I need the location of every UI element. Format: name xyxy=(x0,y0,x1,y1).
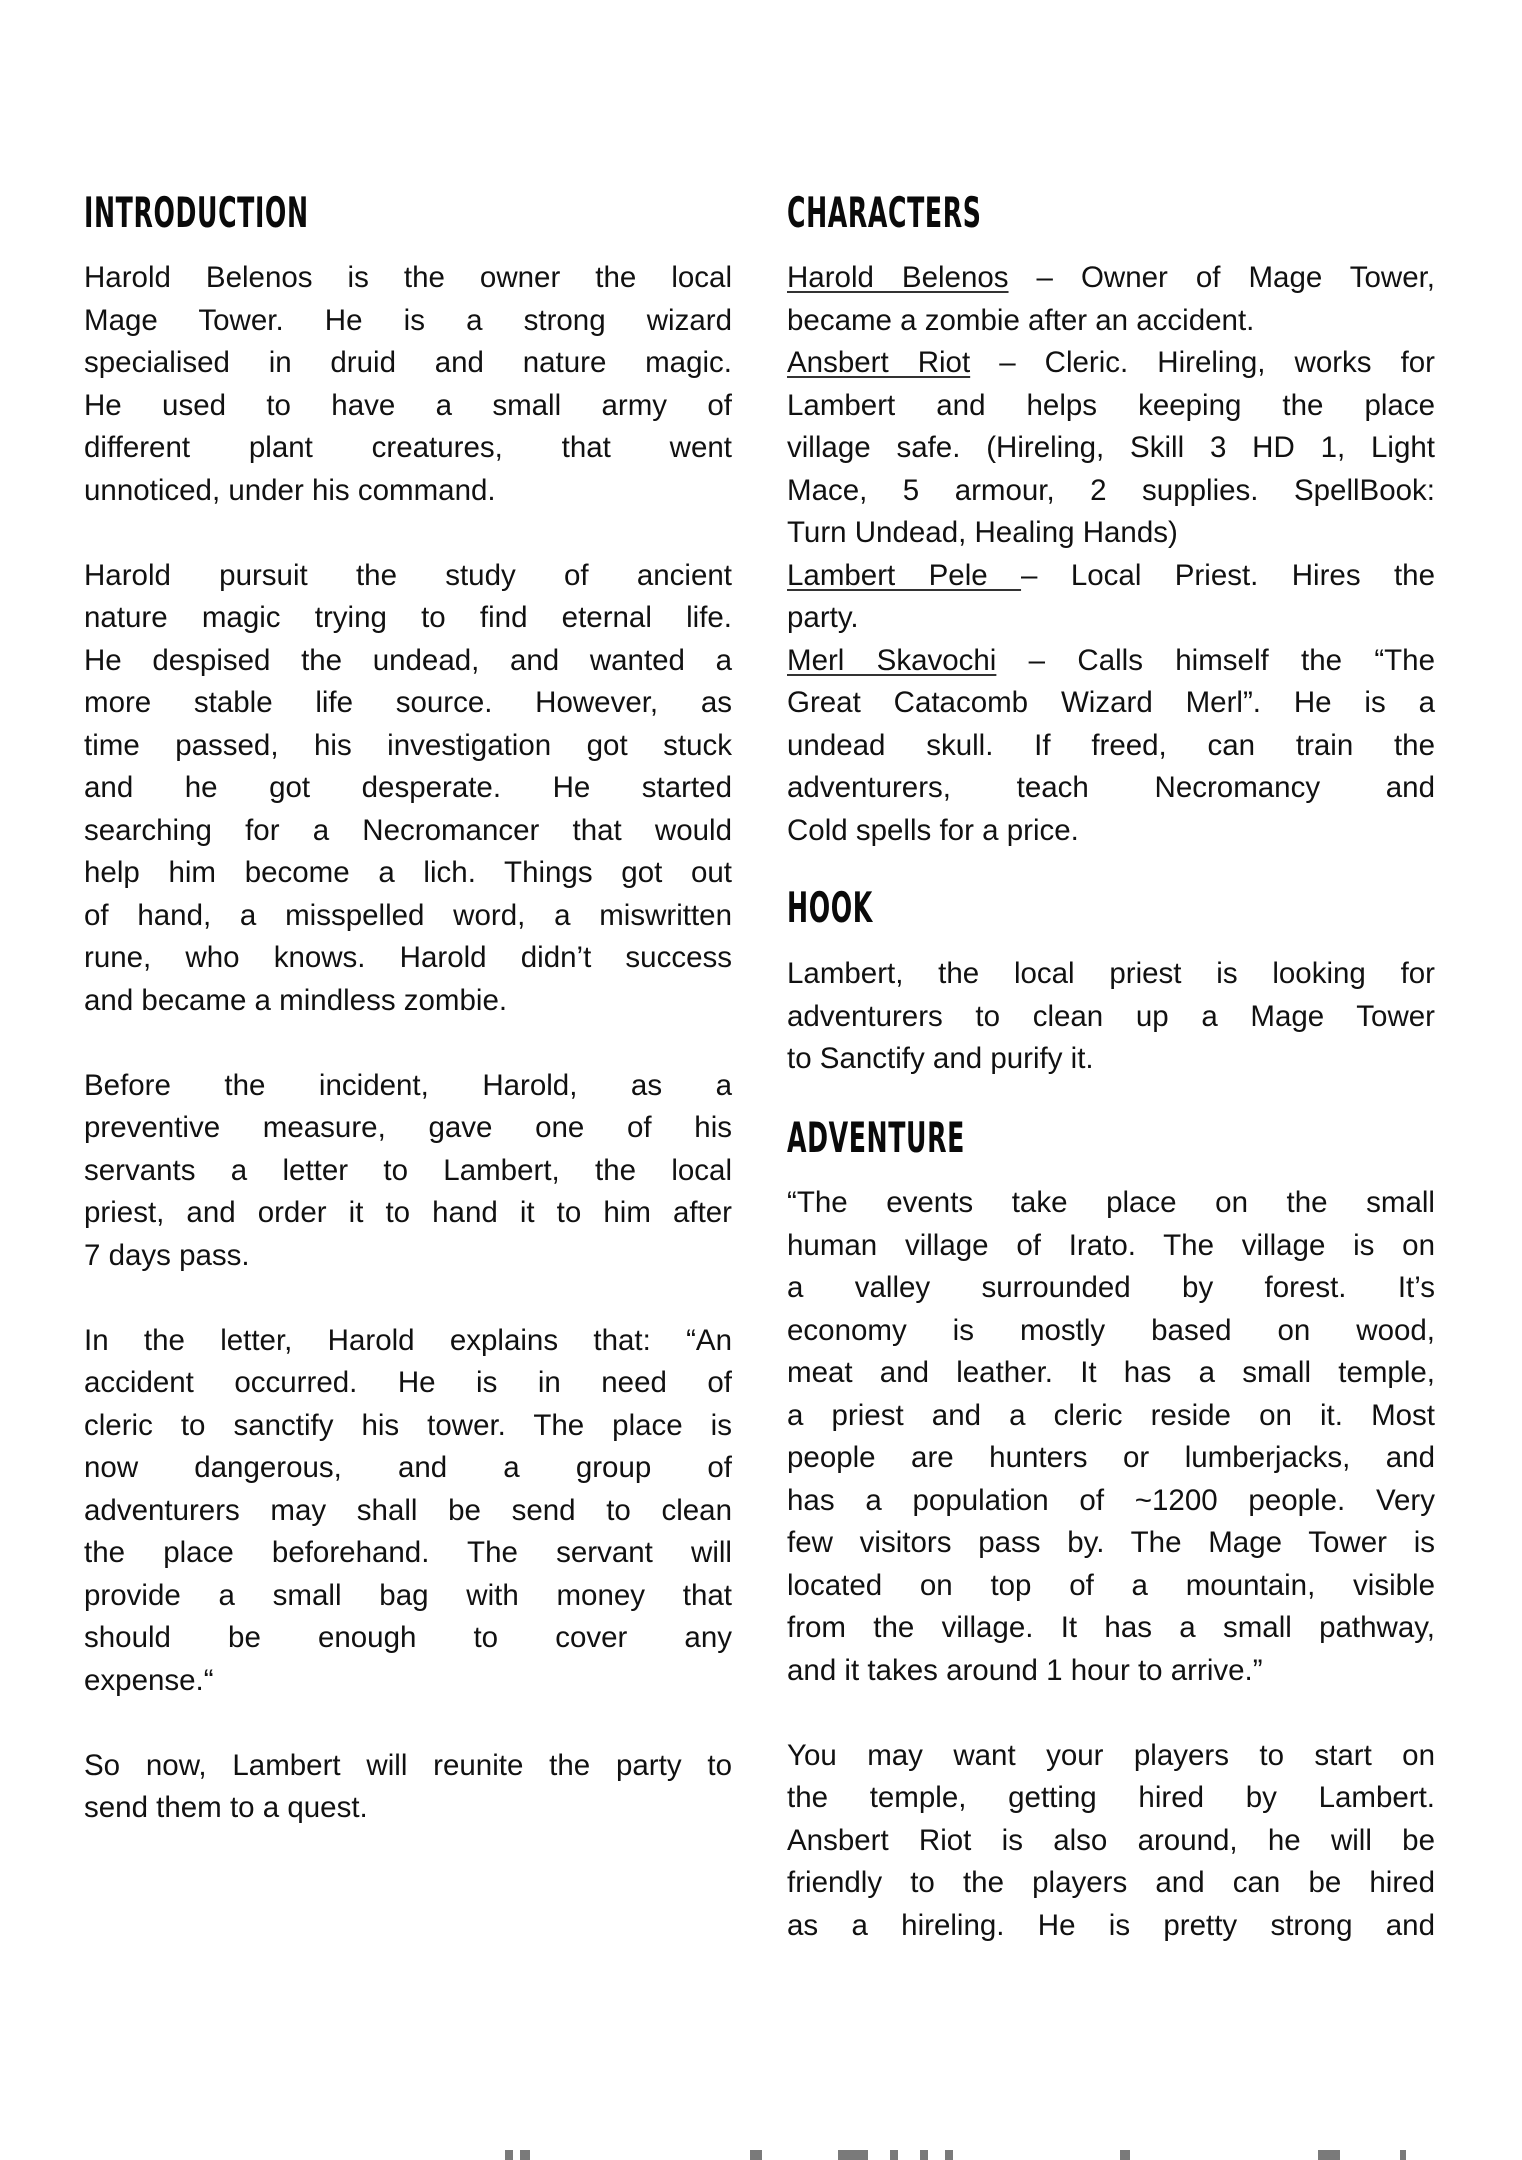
intro-paragraph-3: Before the incident, Harold, as a preven… xyxy=(84,1065,732,1278)
adventure-paragraph-1: “The events take place on the small huma… xyxy=(787,1182,1435,1692)
text-line: and it takes around 1 hour to arrive.” xyxy=(787,1650,1435,1693)
glyph-fragment xyxy=(920,2150,928,2160)
glyph-fragment xyxy=(1120,2150,1130,2160)
character-desc: – Owner of Mage Tower, xyxy=(1009,261,1435,294)
text-line: adventurers to clean up a Mage Tower xyxy=(787,996,1435,1039)
text-line: time passed, his investigation got stuck xyxy=(84,725,732,768)
text-line: “The events take place on the small xyxy=(787,1182,1435,1225)
text-line: located on top of a mountain, visible xyxy=(787,1565,1435,1608)
text-line: Mace, 5 armour, 2 supplies. SpellBook: xyxy=(787,470,1435,513)
text-line: and became a mindless zombie. xyxy=(84,980,732,1023)
text-line: party. xyxy=(787,597,1435,640)
character-entry-ansbert: Ansbert Riot – Cleric. Hireling, works f… xyxy=(787,342,1435,385)
text-line: different plant creatures, that went xyxy=(84,427,732,470)
character-name: Merl Skavochi xyxy=(787,644,996,677)
text-line: as a hireling. He is pretty strong and xyxy=(787,1905,1435,1948)
text-line: In the letter, Harold explains that: “An xyxy=(84,1320,732,1363)
text-line: people are hunters or lumberjacks, and xyxy=(787,1437,1435,1480)
intro-paragraph-2: Harold pursuit the study of ancient natu… xyxy=(84,555,732,1023)
text-line: adventurers, teach Necromancy and xyxy=(787,767,1435,810)
text-line: undead skull. If freed, can train the xyxy=(787,725,1435,768)
text-line: economy is mostly based on wood, xyxy=(787,1310,1435,1353)
text-line: preventive measure, gave one of his xyxy=(84,1107,732,1150)
text-line: send them to a quest. xyxy=(84,1787,732,1830)
text-line: now dangerous, and a group of xyxy=(84,1447,732,1490)
text-line: the place beforehand. The servant will xyxy=(84,1532,732,1575)
text-line: unnoticed, under his command. xyxy=(84,470,732,513)
text-line: Harold Belenos is the owner the local xyxy=(84,257,732,300)
glyph-fragment xyxy=(1400,2150,1406,2160)
text-line: help him become a lich. Things got out xyxy=(84,852,732,895)
text-line: village safe. (Hireling, Skill 3 HD 1, L… xyxy=(787,427,1435,470)
text-line: You may want your players to start on xyxy=(787,1735,1435,1778)
character-desc: – Calls himself the “The xyxy=(996,644,1435,677)
characters-heading: CHARACTERS xyxy=(787,197,981,229)
character-entry-harold: Harold Belenos – Owner of Mage Tower, xyxy=(787,257,1435,300)
text-line: priest, and order it to hand it to him a… xyxy=(84,1192,732,1235)
text-line: rune, who knows. Harold didn’t success xyxy=(84,937,732,980)
text-line: more stable life source. However, as xyxy=(84,682,732,725)
text-line: human village of Irato. The village is o… xyxy=(787,1225,1435,1268)
glyph-fragment xyxy=(505,2150,513,2160)
hook-heading: HOOK xyxy=(787,892,873,924)
text-line: Cold spells for a price. xyxy=(787,810,1435,853)
text-line: Mage Tower. He is a strong wizard xyxy=(84,300,732,343)
text-line: 7 days pass. xyxy=(84,1235,732,1278)
introduction-heading: INTRODUCTION xyxy=(84,197,309,229)
text-line: Lambert, the local priest is looking for xyxy=(787,953,1435,996)
text-line: servants a letter to Lambert, the local xyxy=(84,1150,732,1193)
characters-list: Harold Belenos – Owner of Mage Tower, be… xyxy=(787,257,1435,852)
text-line: from the village. It has a small pathway… xyxy=(787,1607,1435,1650)
text-line: nature magic trying to find eternal life… xyxy=(84,597,732,640)
glyph-fragment xyxy=(945,2150,953,2160)
glyph-fragment xyxy=(750,2150,762,2160)
text-line: Lambert and helps keeping the place xyxy=(787,385,1435,428)
text-line: few visitors pass by. The Mage Tower is xyxy=(787,1522,1435,1565)
text-line: Ansbert Riot is also around, he will be xyxy=(787,1820,1435,1863)
text-line: a valley surrounded by forest. It’s xyxy=(787,1267,1435,1310)
intro-paragraph-4: In the letter, Harold explains that: “An… xyxy=(84,1320,732,1703)
text-line: friendly to the players and can be hired xyxy=(787,1862,1435,1905)
character-desc: – Local Priest. Hires the xyxy=(1021,559,1435,592)
text-line: cleric to sanctify his tower. The place … xyxy=(84,1405,732,1448)
text-line: He despised the undead, and wanted a xyxy=(84,640,732,683)
glyph-fragment xyxy=(520,2150,530,2160)
text-line: adventurers may shall be send to clean xyxy=(84,1490,732,1533)
text-line: expense.“ xyxy=(84,1660,732,1703)
text-line: became a zombie after an accident. xyxy=(787,300,1435,343)
text-line: meat and leather. It has a small temple, xyxy=(787,1352,1435,1395)
text-line: searching for a Necromancer that would xyxy=(84,810,732,853)
text-line: Before the incident, Harold, as a xyxy=(84,1065,732,1108)
intro-paragraph-5: So now, Lambert will reunite the party t… xyxy=(84,1745,732,1830)
text-line: So now, Lambert will reunite the party t… xyxy=(84,1745,732,1788)
text-line: the temple, getting hired by Lambert. xyxy=(787,1777,1435,1820)
character-entry-merl: Merl Skavochi – Calls himself the “The xyxy=(787,640,1435,683)
text-line: a priest and a cleric reside on it. Most xyxy=(787,1395,1435,1438)
glyph-fragment xyxy=(1318,2150,1340,2160)
glyph-fragment xyxy=(890,2150,898,2160)
text-line: accident occurred. He is in need of xyxy=(84,1362,732,1405)
text-line: of hand, a misspelled word, a miswritten xyxy=(84,895,732,938)
text-line: Harold pursuit the study of ancient xyxy=(84,555,732,598)
intro-paragraph-1: Harold Belenos is the owner the local Ma… xyxy=(84,257,732,512)
character-name: Ansbert Riot xyxy=(787,346,970,379)
text-line: has a population of ~1200 people. Very xyxy=(787,1480,1435,1523)
text-line: to Sanctify and purify it. xyxy=(787,1038,1435,1081)
glyph-fragment xyxy=(838,2150,868,2160)
text-line: Turn Undead, Healing Hands) xyxy=(787,512,1435,555)
character-name: Harold Belenos xyxy=(787,261,1009,294)
adventure-heading: ADVENTURE xyxy=(787,1122,965,1154)
text-line: should be enough to cover any xyxy=(84,1617,732,1660)
text-line: Great Catacomb Wizard Merl”. He is a xyxy=(787,682,1435,725)
character-entry-lambert: Lambert Pele – Local Priest. Hires the xyxy=(787,555,1435,598)
text-line: provide a small bag with money that xyxy=(84,1575,732,1618)
text-line: specialised in druid and nature magic. xyxy=(84,342,732,385)
text-line: He used to have a small army of xyxy=(84,385,732,428)
character-desc: – Cleric. Hireling, works for xyxy=(970,346,1435,379)
character-name: Lambert Pele xyxy=(787,559,1021,592)
adventure-paragraph-2: You may want your players to start on th… xyxy=(787,1735,1435,1948)
text-line: and he got desperate. He started xyxy=(84,767,732,810)
hook-paragraph: Lambert, the local priest is looking for… xyxy=(787,953,1435,1081)
